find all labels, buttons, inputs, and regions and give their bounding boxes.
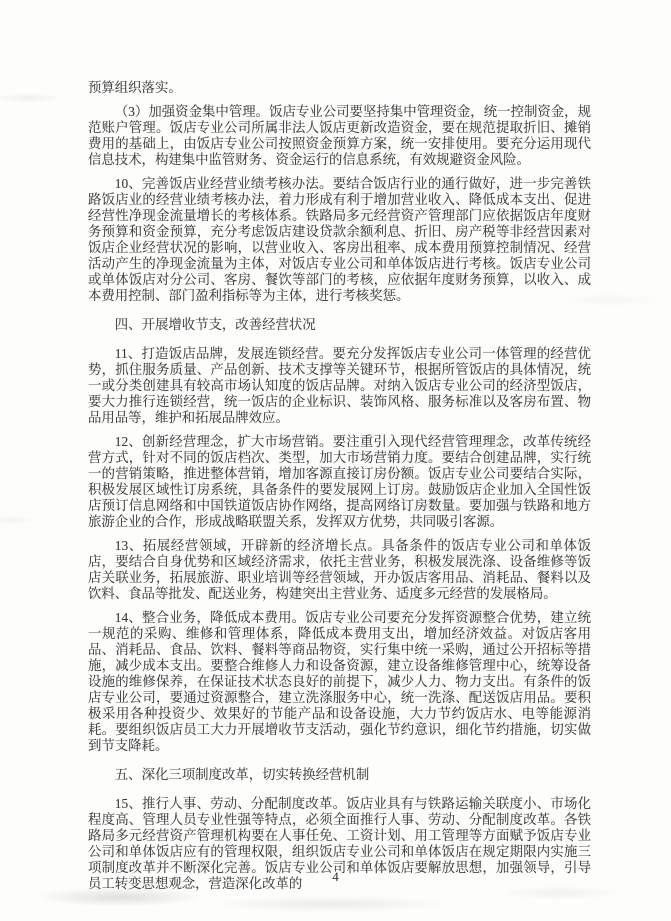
paragraph-item-3: （3）加强资金集中管理。饭店专业公司要坚持集中管理资金，统一控制资金，规范账户管…	[88, 104, 591, 168]
paragraph-13: 13、拓展经营领域，开辟新的经济增长点。具备条件的饭店专业公司和单体饭店，要结合…	[88, 538, 591, 602]
paragraph-11: 11、打造饭店品牌，发展连锁经营。要充分发挥饭店专业公司一体管理的经营优势，抓住…	[88, 346, 591, 426]
section-heading-5: 五、深化三项制度改革，切实转换经营机制	[88, 767, 591, 783]
document-page: 预算组织落实。 （3）加强资金集中管理。饭店专业公司要坚持集中管理资金，统一控制…	[0, 0, 671, 921]
document-body: 预算组织落实。 （3）加强资金集中管理。饭店专业公司要坚持集中管理资金，统一控制…	[88, 80, 591, 900]
paragraph-10: 10、完善饭店业经营业绩考核办法。要结合饭店行业的通行做好，进一步完善铁路饭店业…	[88, 176, 591, 304]
section-heading-4: 四、开展增收节支，改善经营状况	[88, 317, 591, 333]
paragraph-12: 12、创新经营理念，扩大市场营销。要注重引入现代经营管理理念，改革传统经营方式，…	[88, 434, 591, 530]
continuation-line: 预算组织落实。	[88, 80, 591, 96]
paragraph-14: 14、整合业务，降低成本费用。饭店专业公司要充分发挥资源整合优势，建立统一规范的…	[88, 610, 591, 754]
page-number: 4	[0, 869, 671, 885]
